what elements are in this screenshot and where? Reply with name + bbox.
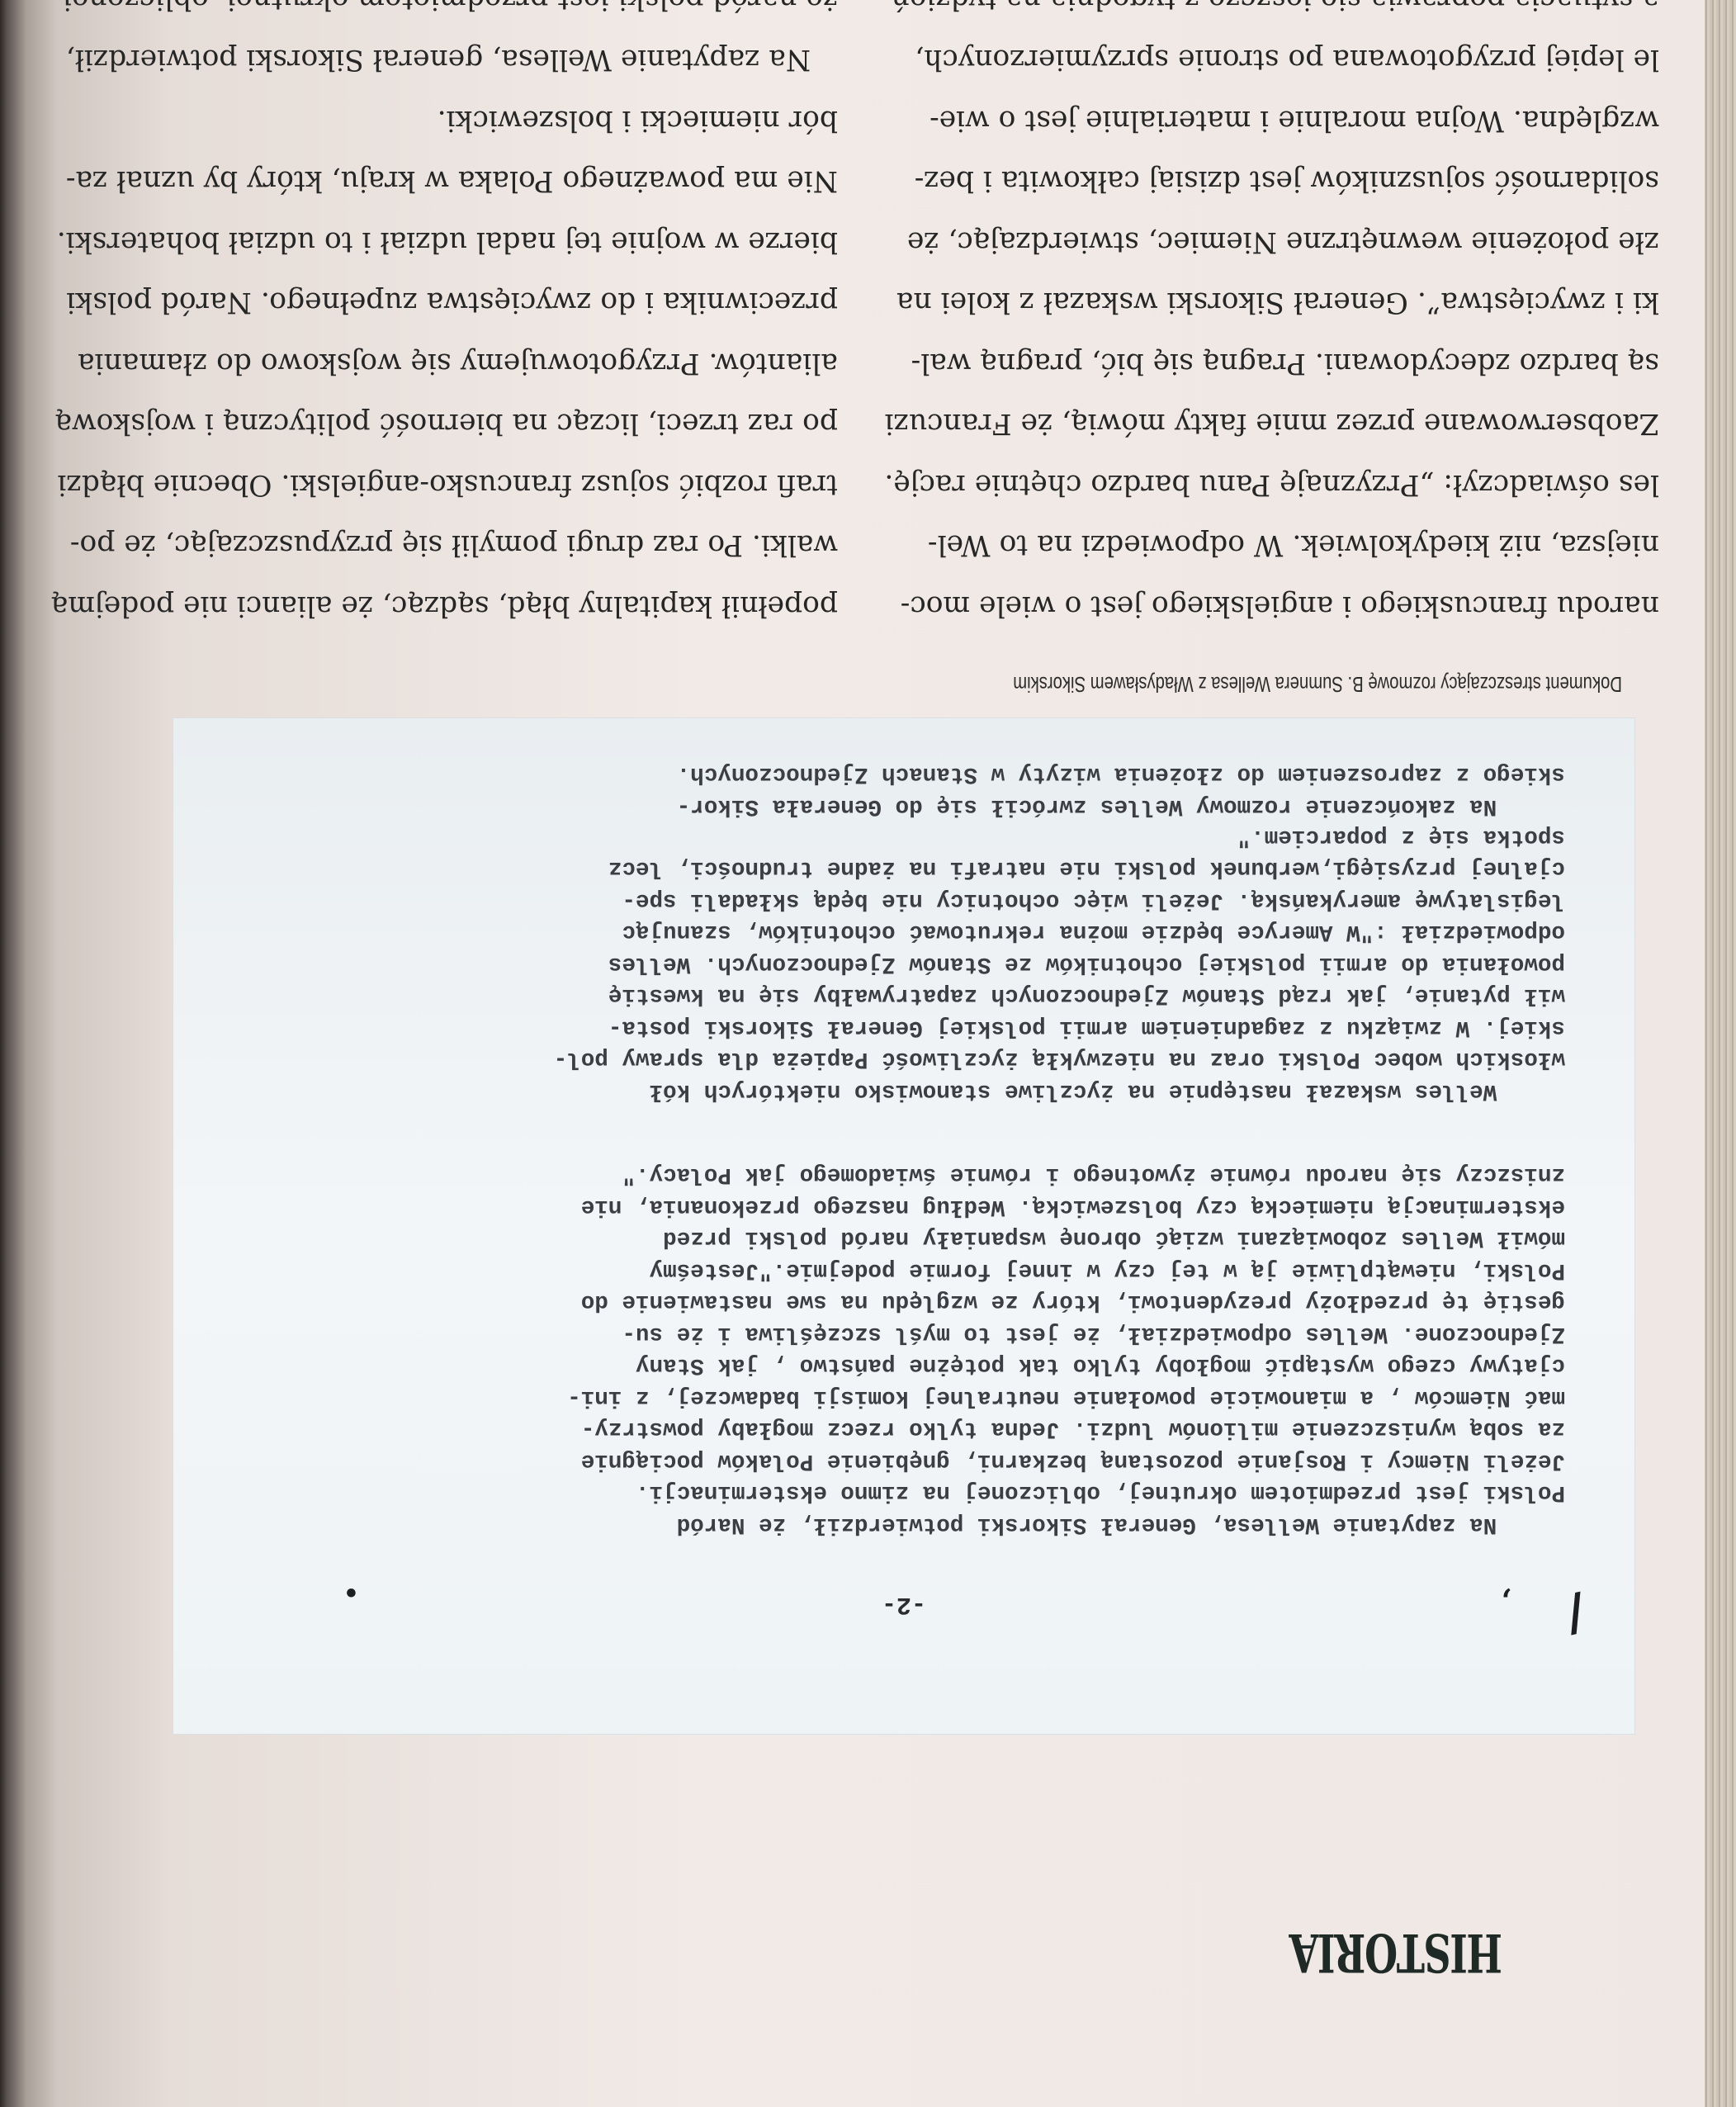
article-line: Nie ma poważnego Polaka w kraju, który b…	[54, 150, 838, 211]
article-line: solidarność sojuszników jest dzisiaj cał…	[875, 150, 1659, 211]
document-paragraph: Welles wskazał następnie na życzliwe sta…	[310, 821, 1565, 1107]
typed-line: cjatywy czego wystąpić mogłoby tylko tak…	[310, 1349, 1565, 1381]
typed-line: skiej. W związku z zagadnieniem armii po…	[310, 1011, 1565, 1044]
typed-line: spotka się z poparciem."	[310, 821, 1565, 853]
typed-line: skiego z zaproszeniem do złożenia wizyty…	[310, 758, 1565, 790]
typed-line: Polski jest przedmiotem okrutnej, oblicz…	[310, 1476, 1565, 1508]
article-line: ki i zwycięstwa”. Generał Sikorski wskaz…	[875, 272, 1659, 333]
article-line: Na zapytanie Wellesa, generał Sikorski p…	[54, 29, 838, 90]
magazine-logo: HISTORIA	[1290, 1921, 1502, 1983]
typed-line: mać Niemców , a mianowicie powołanie neu…	[310, 1381, 1565, 1413]
article-line: bierze w wojnie tej nadal udział i to ud…	[54, 211, 838, 272]
typed-line: gestię tę przedłoży prezydentowi, który …	[310, 1286, 1565, 1318]
article-line: względna. Wojna moralnie i materialnie j…	[875, 90, 1659, 151]
article-line: le lepiej przygotowana po stronie sprzym…	[875, 29, 1659, 90]
typed-line: eksterminacją niemiecką czy bolszewicką.…	[310, 1191, 1565, 1223]
article-line: że naród polski jest przedmiotem okrutne…	[54, 0, 838, 29]
magazine-page: HISTORIA / , • -2- Na zapytanie Wellesa,…	[0, 0, 1736, 2107]
typed-line: zniszczy się narodu równie żywotnego i r…	[310, 1158, 1565, 1191]
article-column-right: popełnił kapitalny błąd, sądząc, że alia…	[54, 0, 838, 636]
article-line: popełnił kapitalny błąd, sądząc, że alia…	[54, 575, 838, 637]
page-stack-edge	[1705, 0, 1736, 2107]
article-line: les oświadczył: „Przyznaję Panu bardzo c…	[875, 454, 1659, 515]
rotated-photo: HISTORIA / , • -2- Na zapytanie Wellesa,…	[0, 0, 1736, 2107]
document-paragraph: Na zakończenie rozmowy Welles zwrócił si…	[310, 758, 1565, 821]
typed-line: mówił Welles zobowiązani wziąć obronę ws…	[310, 1222, 1565, 1254]
typed-line: powołania do armii polskiej ochotników z…	[310, 948, 1565, 980]
article-line: trafi rozbić sojusz francusko-angielski.…	[54, 454, 838, 515]
article-column-left: narodu francuskiego i angielskiego jest …	[875, 0, 1659, 636]
typed-line: Welles wskazał następnie na życzliwe sta…	[310, 1075, 1565, 1107]
typed-line: Polski, niewątpliwie ją w tej czy w inne…	[310, 1254, 1565, 1286]
article-line: są bardzo zdecydowani. Pragną się bić, p…	[875, 333, 1659, 394]
typed-line: wił pytanie, jak rząd Stanów Zjednoczony…	[310, 979, 1565, 1011]
article-line: walki. Po raz drugi pomylił się przypusz…	[54, 514, 838, 575]
book-spine-shadow	[0, 0, 58, 2107]
typed-line: włoskich wobec Polski oraz na niezwykłą …	[310, 1043, 1565, 1075]
typed-line: Zjednoczone. Welles odpowiedział, że jes…	[310, 1318, 1565, 1350]
document-page-number: -2-	[173, 1590, 1634, 1618]
figure-caption: Dokument streszczający rozmowę B. Sumner…	[1013, 671, 1622, 697]
article-line: a sytuacja poprawia się jeszcze z tygodn…	[875, 0, 1659, 29]
article-line: niejsza, niż kiedykolwiek. W odpowiedzi …	[875, 514, 1659, 575]
article-line: Zaobserwowane przez mnie fakty mówią, że…	[875, 393, 1659, 454]
article-line: złe położenie wewnętrzne Niemiec, stwier…	[875, 211, 1659, 272]
typed-line: odpowiedział :"W Ameryce będzie można re…	[310, 916, 1565, 948]
typewritten-document: / , • -2- Na zapytanie Wellesa, Generał …	[173, 718, 1634, 1734]
document-paragraph: Na zapytanie Wellesa, Generał Sikorski p…	[310, 1158, 1565, 1540]
typed-line: Na zakończenie rozmowy Welles zwrócił si…	[310, 790, 1565, 822]
article-line: aliantów. Przygotowujemy się wojskowo do…	[54, 333, 838, 394]
typed-line: Jeżeli Niemcy i Rosjanie pozostaną bezka…	[310, 1445, 1565, 1477]
typed-line: legislatywę amerykańską. Jeżeli więc och…	[310, 884, 1565, 916]
article-line: przeciwnika i do zwycięstwa zupełnego. N…	[54, 272, 838, 333]
article-line: narodu francuskiego i angielskiego jest …	[875, 575, 1659, 637]
typed-line: za sobą wyniszczenie milionów ludzi. Jed…	[310, 1413, 1565, 1445]
typed-line: cjalnej przysięgi,werbunek polski nie na…	[310, 852, 1565, 884]
typed-line: Na zapytanie Wellesa, Generał Sikorski p…	[310, 1508, 1565, 1541]
article-line: po raz trzeci, licząc na bierność polity…	[54, 393, 838, 454]
article-line: bór niemiecki i bolszewicki.	[54, 90, 838, 151]
